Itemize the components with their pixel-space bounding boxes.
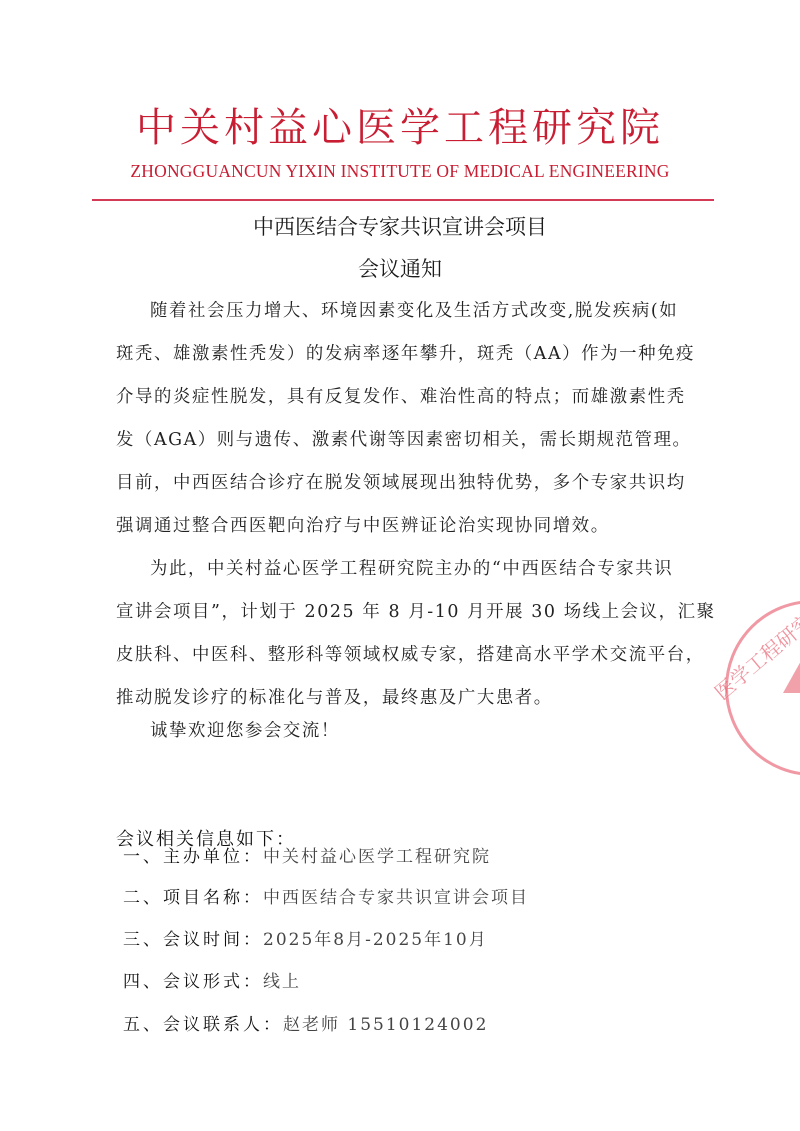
- info-item-contact: 五、会议联系人：赵老师 15510124002: [123, 1013, 488, 1037]
- org-name-en: ZHONGGUANCUN YIXIN INSTITUTE OF MEDICAL …: [0, 160, 800, 182]
- info-value: 2025年8月-2025年10月: [263, 930, 488, 950]
- info-item-project: 二、项目名称：中西医结合专家共识宣讲会项目: [123, 886, 529, 910]
- text-line: 随着社会压力增大、环境因素变化及生活方式改变,脱发疾病(如: [150, 299, 730, 323]
- info-value: 中关村益心医学工程研究院: [263, 847, 491, 867]
- text-line: 推动脱发诊疗的标准化与普及，最终惠及广大患者。: [116, 686, 696, 710]
- text-line: 为此，中关村益心医学工程研究院主办的“中西医结合专家共识: [150, 557, 730, 581]
- info-value: 线上: [263, 972, 301, 992]
- info-label: 五、会议联系人：: [123, 1015, 283, 1035]
- info-label: 三、会议时间：: [123, 930, 263, 950]
- text-line: 目前，中西医结合诊疗在脱发领域展现出独特优势，多个专家共识均: [116, 471, 696, 495]
- text-line: 强调通过整合西医靶向治疗与中医辨证论治实现协同增效。: [116, 514, 696, 538]
- notice-page: 中关村益心医学工程研究院 ZHONGGUANCUN YIXIN INSTITUT…: [0, 0, 800, 1131]
- info-value: 赵老师 15510124002: [283, 1015, 488, 1035]
- org-name-cn: 中关村益心医学工程研究院: [0, 104, 800, 152]
- info-label: 二、项目名称：: [123, 888, 263, 908]
- info-item-time: 三、会议时间：2025年8月-2025年10月: [123, 928, 488, 952]
- info-label: 四、会议形式：: [123, 972, 263, 992]
- document-subtitle: 会议通知: [0, 255, 800, 283]
- info-item-format: 四、会议形式：线上: [123, 970, 301, 994]
- official-seal: 医学工程研究院: [725, 600, 800, 776]
- text-line: 发（AGA）则与遗传、激素代谢等因素密切相关，需长期规范管理。: [116, 428, 696, 452]
- document-title: 中西医结合专家共识宣讲会项目: [0, 213, 800, 241]
- text-line: 介导的炎症性脱发，具有反复发作、难治性高的特点；而雄激素性秃: [116, 385, 696, 409]
- info-label: 一、主办单位：: [123, 847, 263, 867]
- text-line: 皮肤科、中医科、整形科等领域权威专家，搭建高水平学术交流平台，: [116, 643, 696, 667]
- info-value: 中西医结合专家共识宣讲会项目: [263, 888, 529, 908]
- info-item-organizer: 一、主办单位：中关村益心医学工程研究院: [123, 845, 491, 869]
- text-line: 斑秃、雄激素性秃发）的发病率逐年攀升，斑秃（AA）作为一种免疫: [116, 342, 696, 366]
- header-divider: [92, 199, 714, 201]
- closing-line: 诚挚欢迎您参会交流！: [150, 719, 730, 743]
- text-line: 宣讲会项目”，计划于 2025 年 8 月-10 月开展 30 场线上会议，汇聚: [116, 600, 696, 624]
